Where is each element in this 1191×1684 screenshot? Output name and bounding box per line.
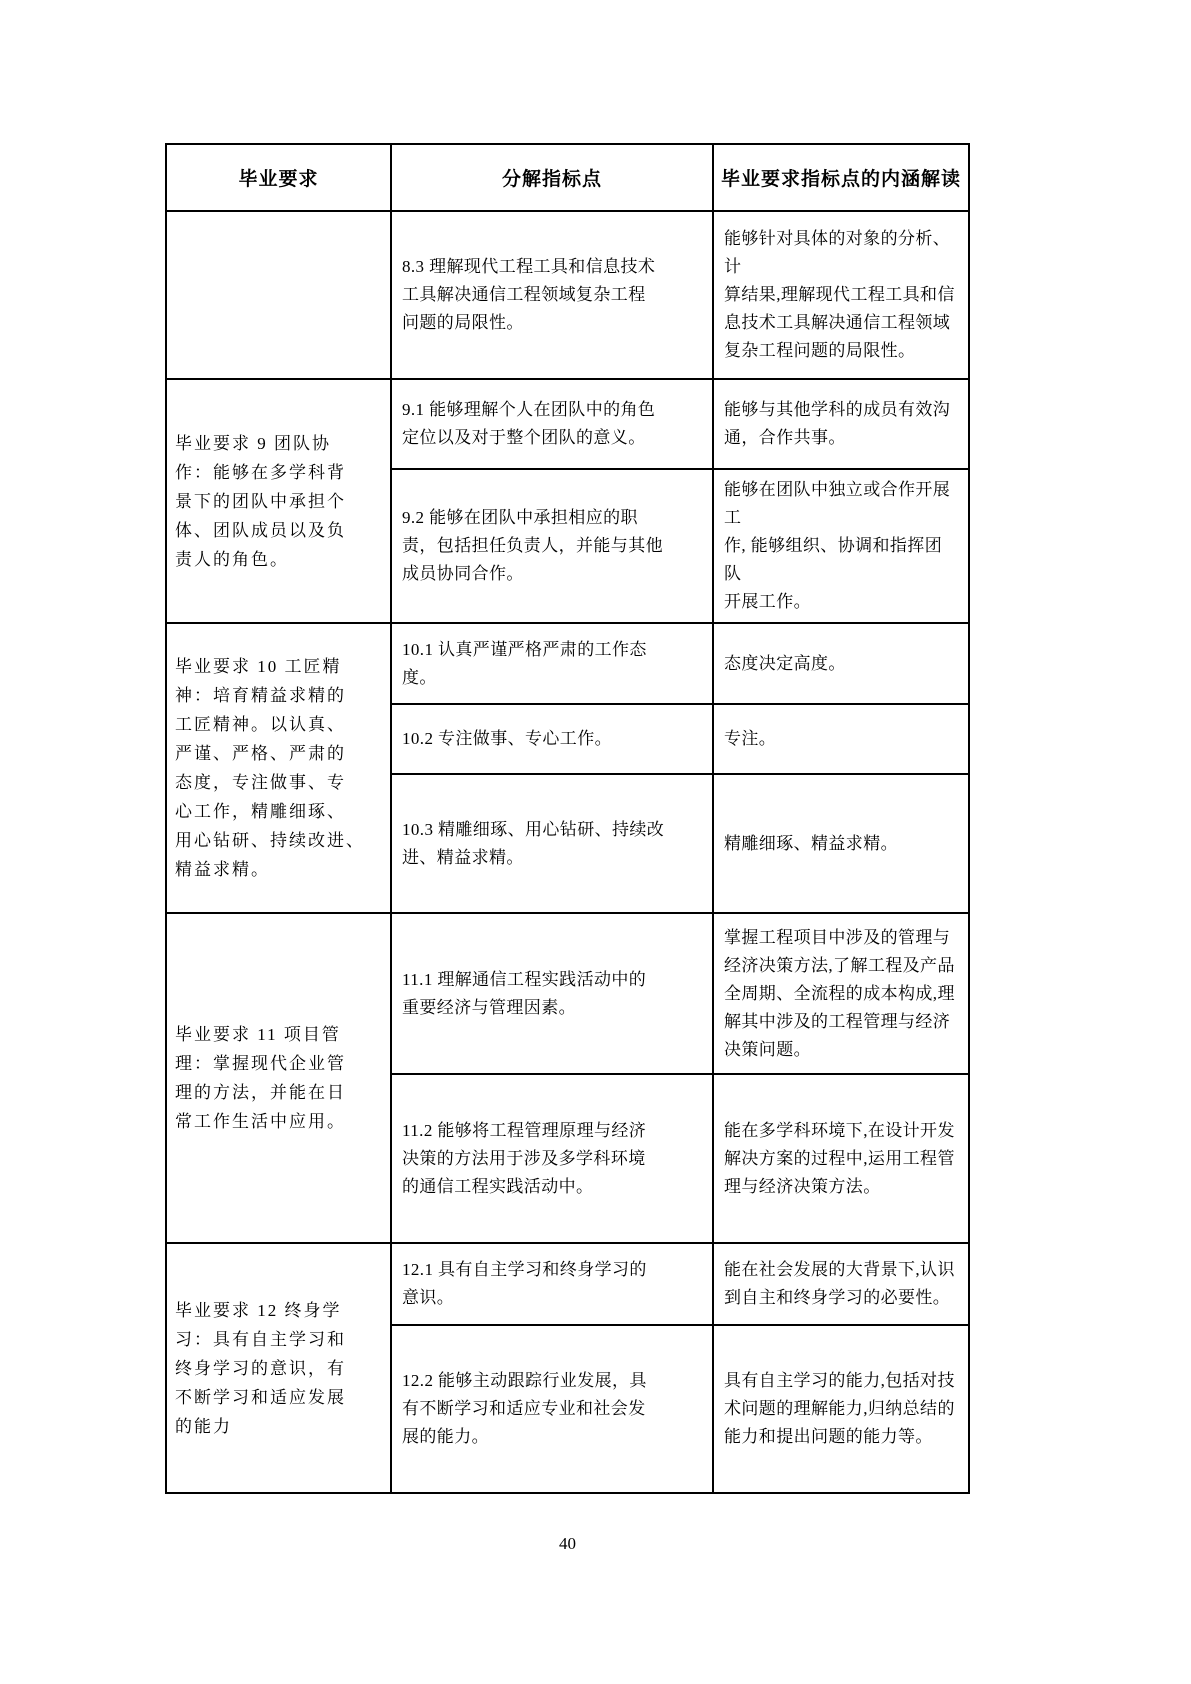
indicator-cell-11-1: 11.1 理解通信工程实践活动中的 重要经济与管理因素。 xyxy=(391,913,713,1074)
indicator-cell-12-2: 12.2 能够主动跟踪行业发展，具 有不断学习和适应专业和社会发 展的能力。 xyxy=(391,1325,713,1493)
indicator-cell-10-2: 10.2 专注做事、专心工作。 xyxy=(391,704,713,774)
interpretation-cell-11-2: 能在多学科环境下,在设计开发 解决方案的过程中,运用工程管 理与经济决策方法。 xyxy=(713,1074,969,1243)
indicator-cell-12-1: 12.1 具有自主学习和终身学习的 意识。 xyxy=(391,1243,713,1325)
requirement-9-cell: 毕业要求 9 团队协 作：能够在多学科背 景下的团队中承担个 体、团队成员以及负… xyxy=(166,379,391,623)
page-number: 40 xyxy=(165,1534,970,1554)
table-header-row: 毕业要求 分解指标点 毕业要求指标点的内涵解读 xyxy=(166,144,969,211)
indicator-cell-10-1: 10.1 认真严谨严格严肃的工作态 度。 xyxy=(391,623,713,704)
interpretation-cell-11-1: 掌握工程项目中涉及的管理与 经济决策方法,了解工程及产品 全周期、全流程的成本构… xyxy=(713,913,969,1074)
table-row-11-1: 毕业要求 11 项目管 理：掌握现代企业管 理的方法，并能在日 常工作生活中应用… xyxy=(166,913,969,1074)
header-interpretation: 毕业要求指标点的内涵解读 xyxy=(713,144,969,211)
interpretation-cell-12-2: 具有自主学习的能力,包括对技 术问题的理解能力,归纳总结的 能力和提出问题的能力… xyxy=(713,1325,969,1493)
header-indicator-points: 分解指标点 xyxy=(391,144,713,211)
requirement-8-cell-empty xyxy=(166,211,391,379)
header-graduation-requirement: 毕业要求 xyxy=(166,144,391,211)
indicator-cell-8-3: 8.3 理解现代工程工具和信息技术 工具解决通信工程领域复杂工程 问题的局限性。 xyxy=(391,211,713,379)
interpretation-cell-9-1: 能够与其他学科的成员有效沟 通，合作共事。 xyxy=(713,379,969,469)
interpretation-cell-10-1: 态度决定高度。 xyxy=(713,623,969,704)
interpretation-cell-9-2: 能够在团队中独立或合作开展 工 作, 能够组织、协调和指挥团队 开展工作。 xyxy=(713,469,969,623)
table-row-9-1: 毕业要求 9 团队协 作：能够在多学科背 景下的团队中承担个 体、团队成员以及负… xyxy=(166,379,969,469)
indicator-cell-9-2: 9.2 能够在团队中承担相应的职 责，包括担任负责人，并能与其他 成员协同合作。 xyxy=(391,469,713,623)
interpretation-cell-10-2: 专注。 xyxy=(713,704,969,774)
indicator-cell-9-1: 9.1 能够理解个人在团队中的角色 定位以及对于整个团队的意义。 xyxy=(391,379,713,469)
indicator-cell-11-2: 11.2 能够将工程管理原理与经济 决策的方法用于涉及多学科环境 的通信工程实践… xyxy=(391,1074,713,1243)
requirement-12-cell: 毕业要求 12 终身学 习：具有自主学习和 终身学习的意识，有 不断学习和适应发… xyxy=(166,1243,391,1493)
table-row-8-3: 8.3 理解现代工程工具和信息技术 工具解决通信工程领域复杂工程 问题的局限性。… xyxy=(166,211,969,379)
interpretation-cell-8-3: 能够针对具体的对象的分析、计 算结果,理解现代工程工具和信 息技术工具解决通信工… xyxy=(713,211,969,379)
interpretation-cell-12-1: 能在社会发展的大背景下,认识 到自主和终身学习的必要性。 xyxy=(713,1243,969,1325)
interpretation-cell-10-3: 精雕细琢、精益求精。 xyxy=(713,774,969,913)
requirement-11-cell: 毕业要求 11 项目管 理：掌握现代企业管 理的方法，并能在日 常工作生活中应用… xyxy=(166,913,391,1243)
requirement-10-cell: 毕业要求 10 工匠精 神：培育精益求精的 工匠精神。以认真、 严谨、严格、严肃… xyxy=(166,623,391,913)
table-row-12-1: 毕业要求 12 终身学 习：具有自主学习和 终身学习的意识，有 不断学习和适应发… xyxy=(166,1243,969,1325)
document-page: 毕业要求 分解指标点 毕业要求指标点的内涵解读 8.3 理解现代工程工具和信息技… xyxy=(0,0,1191,1684)
table-row-10-1: 毕业要求 10 工匠精 神：培育精益求精的 工匠精神。以认真、 严谨、严格、严肃… xyxy=(166,623,969,704)
indicator-cell-10-3: 10.3 精雕细琢、用心钻研、持续改 进、精益求精。 xyxy=(391,774,713,913)
graduation-requirements-table: 毕业要求 分解指标点 毕业要求指标点的内涵解读 8.3 理解现代工程工具和信息技… xyxy=(165,143,970,1494)
